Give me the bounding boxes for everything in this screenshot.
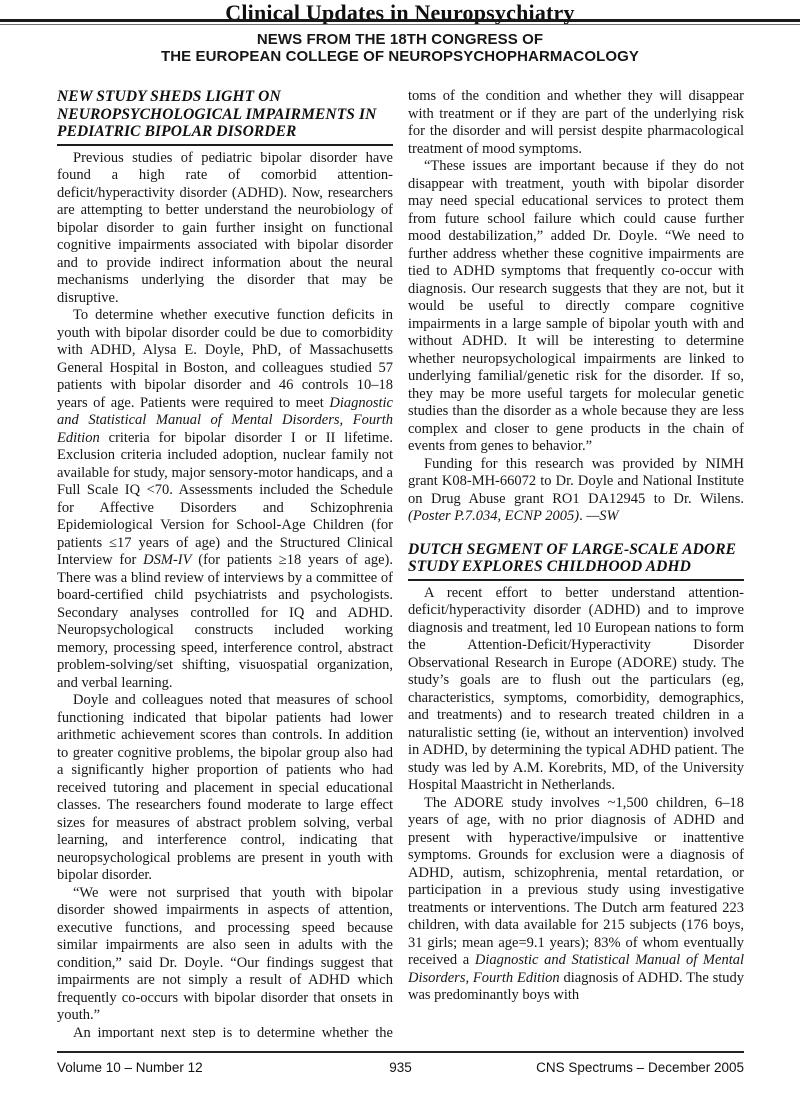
article-paragraph: Funding for this research was provided b… xyxy=(408,456,744,526)
footer-page-number: 935 xyxy=(389,1060,412,1075)
congress-subtitle-line2: THE EUROPEAN COLLEGE OF NEUROPSYCHOPHARM… xyxy=(0,48,800,65)
text-run: Funding for this research was provided b… xyxy=(408,456,744,507)
article-heading-line: NEW STUDY SHEDS LIGHT ON xyxy=(57,88,393,106)
congress-subtitle: NEWS FROM THE 18TH CONGRESS OF THE EUROP… xyxy=(0,31,800,65)
article-paragraph: An important next step is to determine w… xyxy=(57,1025,393,1038)
congress-subtitle-line1: NEWS FROM THE 18TH CONGRESS OF xyxy=(0,31,800,48)
italic-text-run: DSM-IV xyxy=(143,552,191,568)
text-run: Doyle and colleagues noted that measures… xyxy=(57,692,393,883)
left-column: NEW STUDY SHEDS LIGHT ONNEUROPSYCHOLOGIC… xyxy=(57,88,393,1038)
footer-volume-number: Volume 10 – Number 12 xyxy=(57,1060,389,1075)
header-rule-thin xyxy=(0,24,800,25)
article-paragraph: toms of the condition and whether they w… xyxy=(408,88,744,158)
page-footer: Volume 10 – Number 12 935 CNS Spectrums … xyxy=(57,1051,744,1075)
article-heading: NEW STUDY SHEDS LIGHT ONNEUROPSYCHOLOGIC… xyxy=(57,88,393,146)
footer-journal-date: CNS Spectrums – December 2005 xyxy=(412,1060,744,1075)
article-heading-line: STUDY EXPLORES CHILDHOOD ADHD xyxy=(408,558,744,576)
article-paragraph: Doyle and colleagues noted that measures… xyxy=(57,692,393,885)
article-heading-line: DUTCH SEGMENT OF LARGE-SCALE ADORE xyxy=(408,541,744,559)
text-run: (for patients ≥18 years of age). There w… xyxy=(57,552,393,691)
article-paragraph: To determine whether executive function … xyxy=(57,307,393,692)
article-paragraph: Previous studies of pediatric bipolar di… xyxy=(57,150,393,308)
text-run: Previous studies of pediatric bipolar di… xyxy=(57,150,393,306)
text-run: A recent effort to better understand att… xyxy=(408,585,744,794)
article-heading-line: NEUROPSYCHOLOGICAL IMPAIRMENTS IN xyxy=(57,106,393,124)
italic-text-run: (Poster P.7.034, ECNP 2005) xyxy=(408,508,579,524)
header-rule-thick xyxy=(0,19,800,22)
text-run: The ADORE study involves ~1,500 children… xyxy=(408,795,744,969)
article-paragraph: “We were not surprised that youth with b… xyxy=(57,885,393,1025)
text-run: criteria for bipolar disorder I or II li… xyxy=(57,430,393,569)
italic-text-run: —SW xyxy=(586,508,618,524)
right-column: toms of the condition and whether they w… xyxy=(408,88,744,1038)
article-paragraph: “These issues are important because if t… xyxy=(408,158,744,456)
article-paragraph: A recent effort to better understand att… xyxy=(408,585,744,795)
article-heading: DUTCH SEGMENT OF LARGE-SCALE ADORESTUDY … xyxy=(408,541,744,581)
journal-title: Clinical Updates in Neuropsychiatry xyxy=(0,0,800,26)
text-run: “We were not surprised that youth with b… xyxy=(57,885,393,1024)
text-run: “These issues are important because if t… xyxy=(408,158,744,454)
article-paragraph: The ADORE study involves ~1,500 children… xyxy=(408,795,744,1005)
journal-page: Clinical Updates in Neuropsychiatry NEWS… xyxy=(0,0,800,1098)
text-run: An important next step is to determine w… xyxy=(57,1025,393,1038)
article-columns: NEW STUDY SHEDS LIGHT ONNEUROPSYCHOLOGIC… xyxy=(57,88,744,1038)
text-run: toms of the condition and whether they w… xyxy=(408,88,744,157)
article-heading-line: PEDIATRIC BIPOLAR DISORDER xyxy=(57,123,393,141)
